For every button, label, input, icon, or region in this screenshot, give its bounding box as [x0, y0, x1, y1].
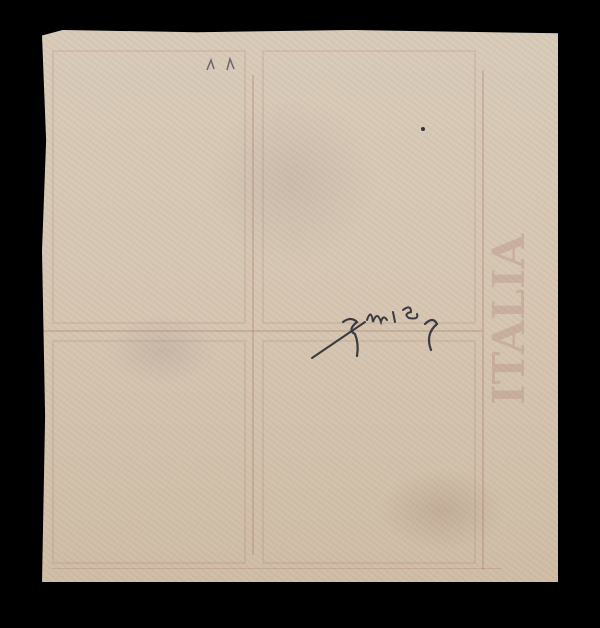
stamp-frame-bl — [52, 340, 246, 564]
expertizer-signature — [307, 300, 487, 380]
pencil-dot — [420, 126, 426, 132]
pencil-mark-top — [202, 55, 242, 75]
mirror-margin-text: ITALIA — [488, 70, 530, 570]
vertical-divider — [252, 75, 254, 555]
stamp-paper-back: ITALIA — [42, 30, 558, 582]
stamp-frame-tl — [52, 50, 246, 324]
bottom-rule — [52, 568, 502, 569]
stamp-frame-tr — [262, 50, 476, 324]
